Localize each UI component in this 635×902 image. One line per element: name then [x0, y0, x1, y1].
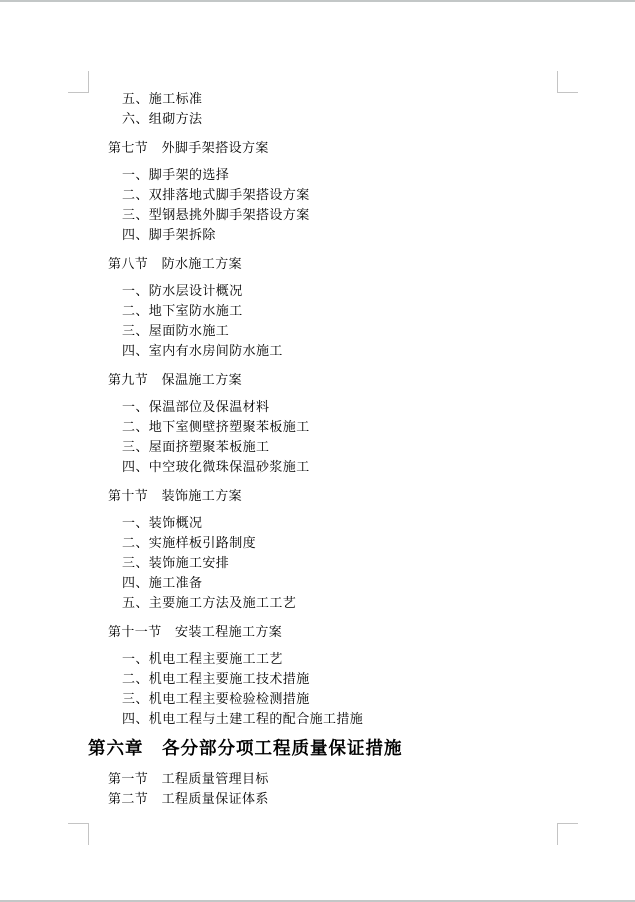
toc-entry: 第七节 外脚手架搭设方案	[0, 139, 635, 159]
toc-entry: 一、脚手架的选择	[0, 166, 635, 186]
toc-entry: 第二节 工程质量保证体系	[0, 790, 635, 810]
toc-entry: 二、机电工程主要施工技术措施	[0, 670, 635, 690]
toc-entry: 三、型钢悬挑外脚手架搭设方案	[0, 206, 635, 226]
toc-entry: 二、地下室侧壁挤塑聚苯板施工	[0, 418, 635, 438]
toc-entry: 二、地下室防水施工	[0, 302, 635, 322]
toc-content: 五、施工标准六、组砌方法第七节 外脚手架搭设方案一、脚手架的选择二、双排落地式脚…	[0, 2, 635, 810]
toc-entry: 第六章 各分部分项工程质量保证措施	[0, 736, 635, 762]
toc-entry: 四、施工准备	[0, 574, 635, 594]
document-page: 五、施工标准六、组砌方法第七节 外脚手架搭设方案一、脚手架的选择二、双排落地式脚…	[0, 0, 635, 902]
toc-entry: 三、屋面挤塑聚苯板施工	[0, 438, 635, 458]
toc-entry: 四、机电工程与土建工程的配合施工措施	[0, 710, 635, 730]
margin-mark-bottom-right	[557, 823, 578, 845]
toc-entry: 三、屋面防水施工	[0, 322, 635, 342]
toc-entry: 一、防水层设计概况	[0, 282, 635, 302]
toc-entry: 六、组砌方法	[0, 110, 635, 130]
toc-entry: 第九节 保温施工方案	[0, 371, 635, 391]
toc-entry: 二、实施样板引路制度	[0, 534, 635, 554]
toc-entry: 第八节 防水施工方案	[0, 255, 635, 275]
toc-entry: 一、装饰概况	[0, 514, 635, 534]
toc-entry: 第十一节 安装工程施工方案	[0, 623, 635, 643]
toc-entry: 第一节 工程质量管理目标	[0, 770, 635, 790]
toc-entry: 五、主要施工方法及施工工艺	[0, 594, 635, 614]
toc-entry: 三、机电工程主要检验检测措施	[0, 690, 635, 710]
toc-entry: 第十节 装饰施工方案	[0, 487, 635, 507]
toc-entry: 三、装饰施工安排	[0, 554, 635, 574]
toc-entry: 四、脚手架拆除	[0, 226, 635, 246]
toc-entry: 四、中空玻化微珠保温砂浆施工	[0, 458, 635, 478]
toc-entry: 二、双排落地式脚手架搭设方案	[0, 186, 635, 206]
toc-entry: 一、机电工程主要施工工艺	[0, 650, 635, 670]
toc-entry: 一、保温部位及保温材料	[0, 398, 635, 418]
toc-entry: 四、室内有水房间防水施工	[0, 342, 635, 362]
toc-entry: 五、施工标准	[0, 90, 635, 110]
margin-mark-bottom-left	[68, 823, 89, 845]
